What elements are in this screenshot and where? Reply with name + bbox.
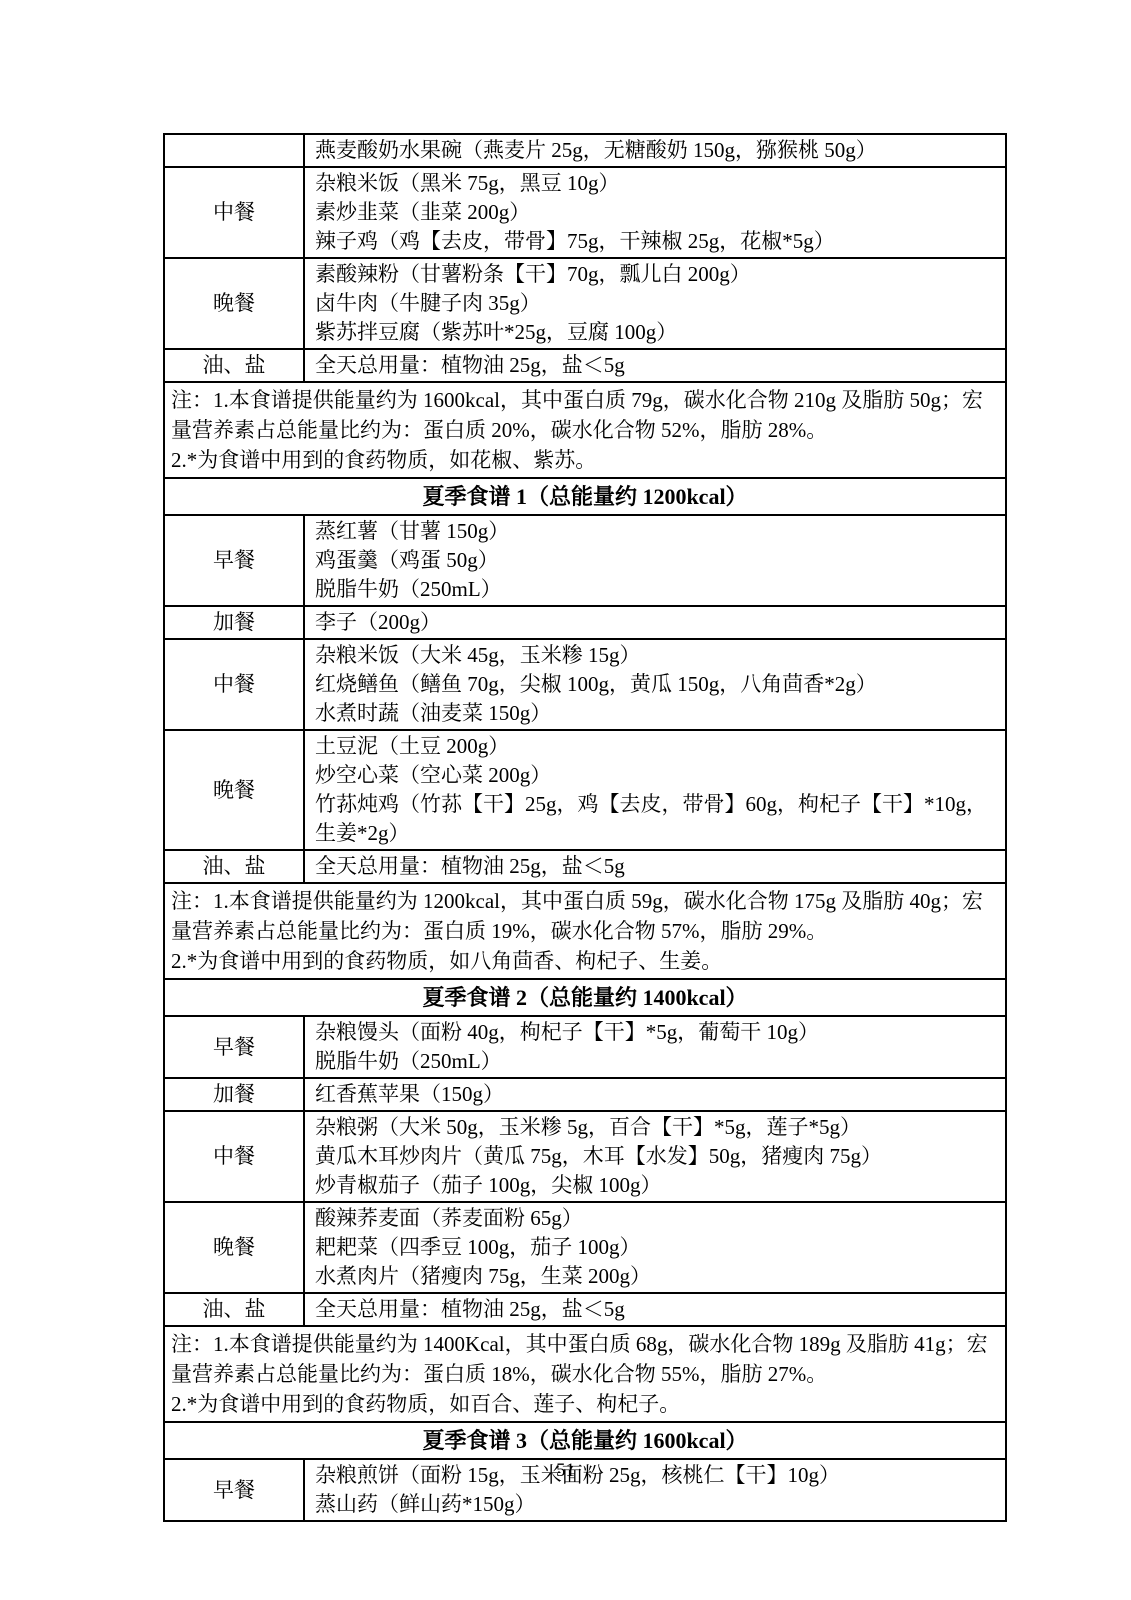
dish-item: 酸辣荞麦面（荞麦面粉 65g） [315,1204,995,1233]
meal-plan-document: 燕麦酸奶水果碗（燕麦片 25g，无糖酸奶 150g，猕猴桃 50g） 中餐 杂粮… [163,133,1007,1522]
dish-item: 炒空心菜（空心菜 200g） [315,761,995,790]
meal-label-oil-salt: 油、盐 [164,1293,304,1326]
dish-list-cell: 素酸辣粉（甘薯粉条【干】70g，瓢儿白 200g） 卤牛肉（牛腱子肉 35g） … [304,258,1006,349]
meal-label-oil-salt: 油、盐 [164,349,304,382]
table-row: 晚餐 素酸辣粉（甘薯粉条【干】70g，瓢儿白 200g） 卤牛肉（牛腱子肉 35… [164,258,1006,349]
dish-list-cell: 全天总用量：植物油 25g，盐＜5g [304,349,1006,382]
table-row: 早餐 杂粮馒头（面粉 40g，枸杞子【干】*5g，葡萄干 10g） 脱脂牛奶（2… [164,1016,1006,1078]
table-row: 加餐 李子（200g） [164,606,1006,639]
table-row: 中餐 杂粮米饭（黑米 75g，黑豆 10g） 素炒韭菜（韭菜 200g） 辣子鸡… [164,167,1006,258]
table-row: 燕麦酸奶水果碗（燕麦片 25g，无糖酸奶 150g，猕猴桃 50g） [164,134,1006,167]
note-row: 注：1.本食谱提供能量约为 1200kcal，其中蛋白质 59g，碳水化合物 1… [164,883,1006,979]
note-row: 注：1.本食谱提供能量约为 1600kcal，其中蛋白质 79g，碳水化合物 2… [164,382,1006,478]
dish-list-cell: 燕麦酸奶水果碗（燕麦片 25g，无糖酸奶 150g，猕猴桃 50g） [304,134,1006,167]
note-cell: 注：1.本食谱提供能量约为 1200kcal，其中蛋白质 59g，碳水化合物 1… [164,883,1006,979]
note-text: 注：1.本食谱提供能量约为 1200kcal，其中蛋白质 59g，碳水化合物 1… [171,886,999,946]
meal-label-breakfast: 早餐 [164,515,304,606]
meal-label-dinner: 晚餐 [164,258,304,349]
dish-item: 蒸红薯（甘薯 150g） [315,517,995,546]
meal-plan-table: 燕麦酸奶水果碗（燕麦片 25g，无糖酸奶 150g，猕猴桃 50g） 中餐 杂粮… [163,133,1007,1522]
dish-list-cell: 红香蕉苹果（150g） [304,1078,1006,1111]
dish-list-cell: 酸辣荞麦面（荞麦面粉 65g） 耙耙菜（四季豆 100g，茄子 100g） 水煮… [304,1202,1006,1293]
dish-item: 黄瓜木耳炒肉片（黄瓜 75g，木耳【水发】50g，猪瘦肉 75g） [315,1142,995,1171]
dish-item: 红香蕉苹果（150g） [315,1080,995,1109]
section-title: 夏季食谱 1（总能量约 1200kcal） [164,478,1006,515]
dish-list-cell: 蒸红薯（甘薯 150g） 鸡蛋羹（鸡蛋 50g） 脱脂牛奶（250mL） [304,515,1006,606]
dish-list-cell: 全天总用量：植物油 25g，盐＜5g [304,1293,1006,1326]
note-text: 2.*为食谱中用到的食药物质，如花椒、紫苏。 [171,445,999,475]
section-title-row: 夏季食谱 3（总能量约 1600kcal） [164,1422,1006,1459]
dish-item: 全天总用量：植物油 25g，盐＜5g [315,1295,995,1324]
dish-item: 燕麦酸奶水果碗（燕麦片 25g，无糖酸奶 150g，猕猴桃 50g） [315,136,995,165]
meal-label-dinner: 晚餐 [164,730,304,850]
table-row: 中餐 杂粮米饭（大米 45g，玉米糁 15g） 红烧鳝鱼（鳝鱼 70g，尖椒 1… [164,639,1006,730]
table-row: 油、盐 全天总用量：植物油 25g，盐＜5g [164,1293,1006,1326]
dish-item: 蒸山药（鲜山药*150g） [315,1490,995,1519]
meal-label-lunch: 中餐 [164,167,304,258]
note-text: 注：1.本食谱提供能量约为 1600kcal，其中蛋白质 79g，碳水化合物 2… [171,385,999,445]
note-text: 注：1.本食谱提供能量约为 1400Kcal，其中蛋白质 68g，碳水化合物 1… [171,1329,999,1389]
meal-label-breakfast: 早餐 [164,1016,304,1078]
dish-item: 炒青椒茄子（茄子 100g，尖椒 100g） [315,1171,995,1200]
dish-item: 脱脂牛奶（250mL） [315,1047,995,1076]
meal-label-lunch: 中餐 [164,639,304,730]
note-row: 注：1.本食谱提供能量约为 1400Kcal，其中蛋白质 68g，碳水化合物 1… [164,1326,1006,1422]
dish-list-cell: 李子（200g） [304,606,1006,639]
meal-label-oil-salt: 油、盐 [164,850,304,883]
dish-list-cell: 土豆泥（土豆 200g） 炒空心菜（空心菜 200g） 竹荪炖鸡（竹荪【干】25… [304,730,1006,850]
meal-label-lunch: 中餐 [164,1111,304,1202]
dish-item: 全天总用量：植物油 25g，盐＜5g [315,351,995,380]
dish-item: 脱脂牛奶（250mL） [315,575,995,604]
dish-list-cell: 杂粮米饭（大米 45g，玉米糁 15g） 红烧鳝鱼（鳝鱼 70g，尖椒 100g… [304,639,1006,730]
table-row: 油、盐 全天总用量：植物油 25g，盐＜5g [164,850,1006,883]
dish-item: 杂粮粥（大米 50g，玉米糁 5g，百合【干】*5g，莲子*5g） [315,1113,995,1142]
dish-item: 紫苏拌豆腐（紫苏叶*25g，豆腐 100g） [315,318,995,347]
dish-item: 鸡蛋羹（鸡蛋 50g） [315,546,995,575]
meal-label-dinner: 晚餐 [164,1202,304,1293]
dish-item: 水煮时蔬（油麦菜 150g） [315,699,995,728]
table-row: 早餐 蒸红薯（甘薯 150g） 鸡蛋羹（鸡蛋 50g） 脱脂牛奶（250mL） [164,515,1006,606]
dish-item: 卤牛肉（牛腱子肉 35g） [315,289,995,318]
table-row: 加餐 红香蕉苹果（150g） [164,1078,1006,1111]
table-row: 中餐 杂粮粥（大米 50g，玉米糁 5g，百合【干】*5g，莲子*5g） 黄瓜木… [164,1111,1006,1202]
table-row: 晚餐 土豆泥（土豆 200g） 炒空心菜（空心菜 200g） 竹荪炖鸡（竹荪【干… [164,730,1006,850]
section-title-row: 夏季食谱 2（总能量约 1400kcal） [164,979,1006,1016]
dish-list-cell: 杂粮米饭（黑米 75g，黑豆 10g） 素炒韭菜（韭菜 200g） 辣子鸡（鸡【… [304,167,1006,258]
dish-item: 杂粮米饭（大米 45g，玉米糁 15g） [315,641,995,670]
dish-item: 杂粮米饭（黑米 75g，黑豆 10g） [315,169,995,198]
dish-item: 竹荪炖鸡（竹荪【干】25g，鸡【去皮，带骨】60g，枸杞子【干】*10g，生姜*… [315,790,995,848]
page-number: 51 [0,1460,1131,1482]
meal-label-snack: 加餐 [164,606,304,639]
note-text: 2.*为食谱中用到的食药物质，如八角茴香、枸杞子、生姜。 [171,946,999,976]
dish-item: 辣子鸡（鸡【去皮，带骨】75g，干辣椒 25g，花椒*5g） [315,227,995,256]
dish-item: 水煮肉片（猪瘦肉 75g，生菜 200g） [315,1262,995,1291]
dish-item: 全天总用量：植物油 25g，盐＜5g [315,852,995,881]
dish-item: 土豆泥（土豆 200g） [315,732,995,761]
dish-item: 杂粮馒头（面粉 40g，枸杞子【干】*5g，葡萄干 10g） [315,1018,995,1047]
table-row: 晚餐 酸辣荞麦面（荞麦面粉 65g） 耙耙菜（四季豆 100g，茄子 100g）… [164,1202,1006,1293]
section-title: 夏季食谱 2（总能量约 1400kcal） [164,979,1006,1016]
dish-item: 耙耙菜（四季豆 100g，茄子 100g） [315,1233,995,1262]
meal-label-snack: 加餐 [164,1078,304,1111]
section-title: 夏季食谱 3（总能量约 1600kcal） [164,1422,1006,1459]
dish-list-cell: 全天总用量：植物油 25g，盐＜5g [304,850,1006,883]
dish-item: 李子（200g） [315,608,995,637]
note-cell: 注：1.本食谱提供能量约为 1600kcal，其中蛋白质 79g，碳水化合物 2… [164,382,1006,478]
dish-item: 素酸辣粉（甘薯粉条【干】70g，瓢儿白 200g） [315,260,995,289]
meal-label-cell [164,134,304,167]
dish-item: 红烧鳝鱼（鳝鱼 70g，尖椒 100g，黄瓜 150g，八角茴香*2g） [315,670,995,699]
section-title-row: 夏季食谱 1（总能量约 1200kcal） [164,478,1006,515]
table-row: 油、盐 全天总用量：植物油 25g，盐＜5g [164,349,1006,382]
dish-list-cell: 杂粮馒头（面粉 40g，枸杞子【干】*5g，葡萄干 10g） 脱脂牛奶（250m… [304,1016,1006,1078]
note-cell: 注：1.本食谱提供能量约为 1400Kcal，其中蛋白质 68g，碳水化合物 1… [164,1326,1006,1422]
note-text: 2.*为食谱中用到的食药物质，如百合、莲子、枸杞子。 [171,1389,999,1419]
dish-item: 素炒韭菜（韭菜 200g） [315,198,995,227]
dish-list-cell: 杂粮粥（大米 50g，玉米糁 5g，百合【干】*5g，莲子*5g） 黄瓜木耳炒肉… [304,1111,1006,1202]
